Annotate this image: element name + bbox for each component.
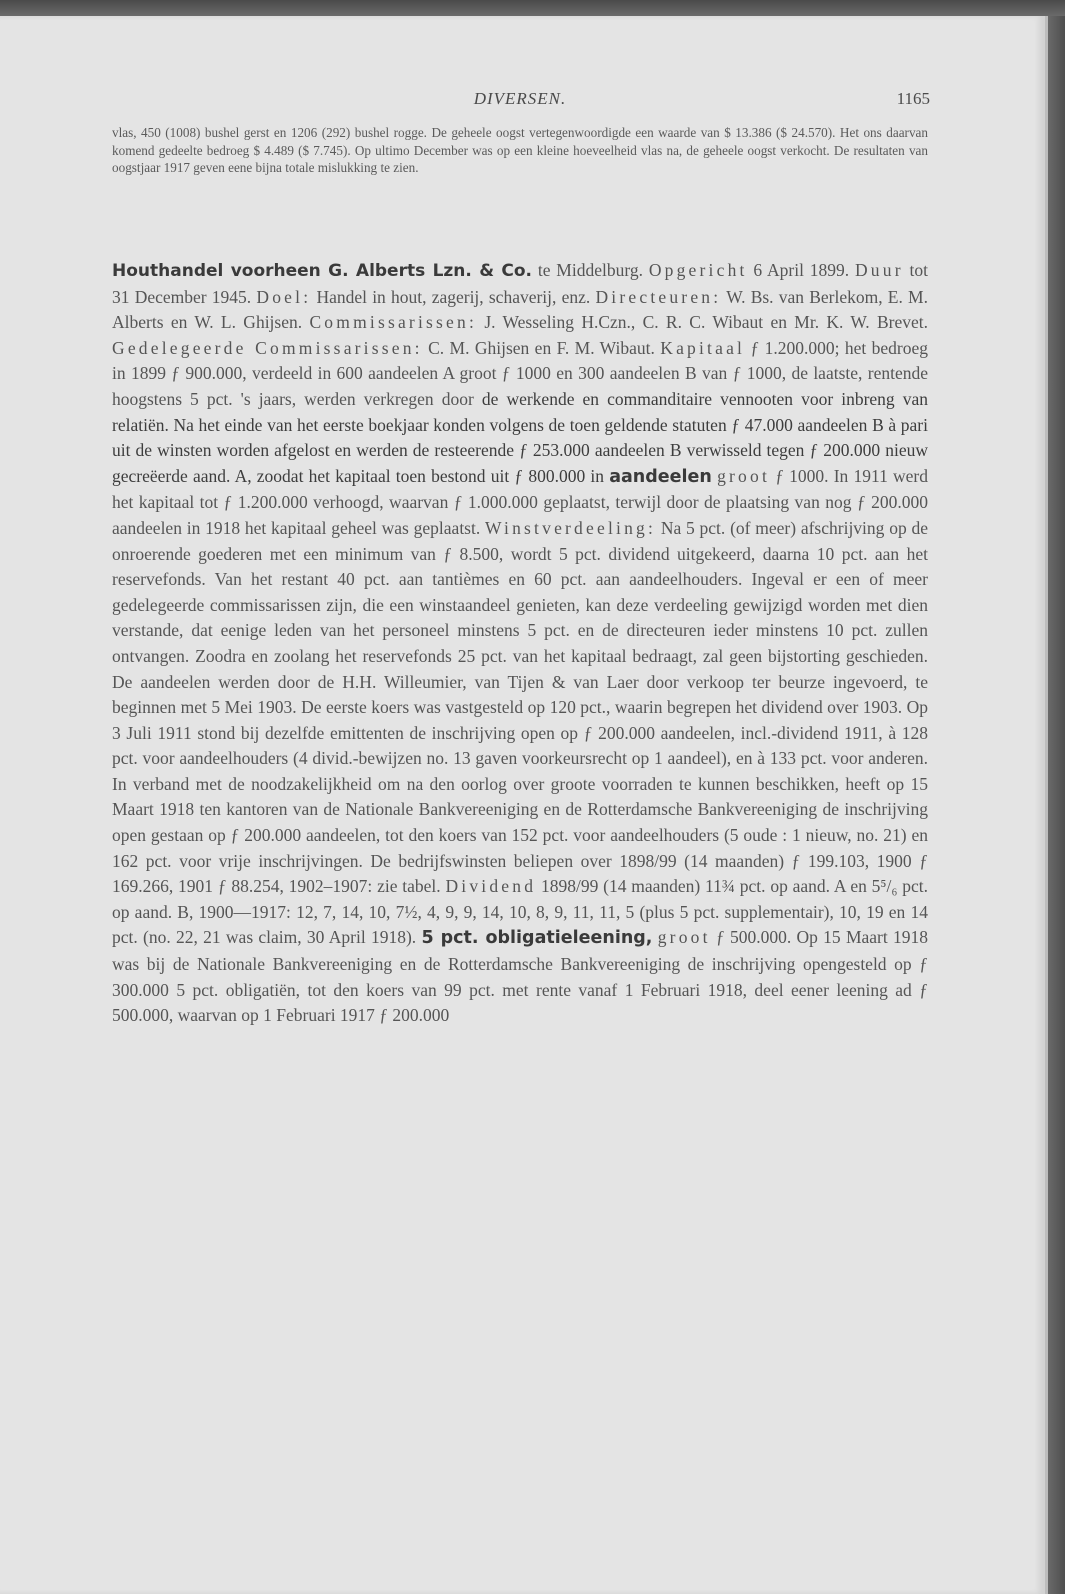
winstverdeeling-text: Na 5 pct. (of meer) afschrijving op de o… [112,518,928,896]
label-bond-groot: groot [658,927,711,947]
bond-heading: 5 pct. obligatieleening, [421,928,652,948]
label-gedelegeerde: Gedelegeerde Commissarissen: [112,338,423,358]
scan-top-edge [0,0,1065,16]
label-doel: Doel: [256,287,311,307]
text-doel: Handel in hout, zagerij, schaverij, enz. [311,287,595,307]
page-header: DIVERSEN. 1165 [110,89,930,113]
text-opgericht: 6 April 1899. [748,260,855,280]
company-location: te Middelburg. [532,260,643,280]
label-duur: Duur [855,260,904,280]
running-head: DIVERSEN. [110,89,930,109]
text-commissarissen: J. Wesseling H.Czn., C. R. C. Wibaut en … [477,312,928,332]
company-name: Houthandel voorheen G. Alberts Lzn. & Co… [112,261,532,281]
scan-right-edge [1048,16,1065,1594]
label-dividend: Dividend [445,876,536,896]
label-groot: groot [717,466,770,486]
intro-paragraph: vlas, 450 (1008) bushel gerst en 1206 (2… [112,124,928,177]
page-number: 1165 [897,89,930,109]
label-directeuren: Directeuren: [595,287,721,307]
text-gedelegeerde: C. M. Ghijsen en F. M. Wibaut. [423,338,660,358]
aandeelen-heading: aandeelen [609,467,712,487]
article-segments: Opgericht 6 April 1899. Duur tot 31 Dece… [112,260,928,409]
label-winstverdeeling: Winstverdeeling: [485,518,656,538]
label-opgericht: Opgericht [649,260,748,280]
label-kapitaal: Kapitaal [660,338,745,358]
label-commissarissen: Commissarissen: [309,312,477,332]
company-article: Houthandel voorheen G. Alberts Lzn. & Co… [112,258,928,1029]
